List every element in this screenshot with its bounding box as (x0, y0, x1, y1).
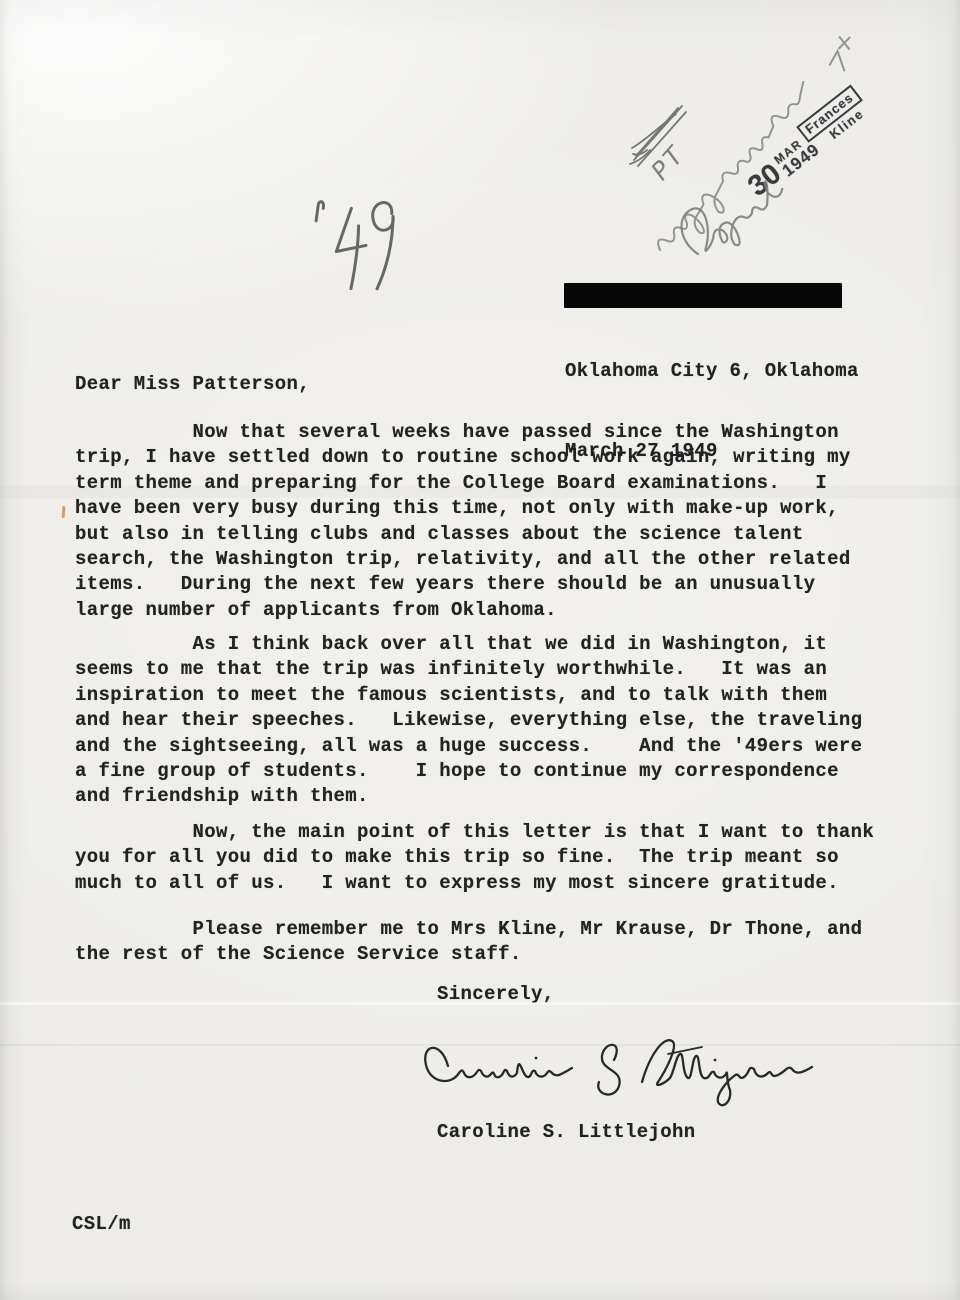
address-line: Oklahoma City 6, Oklahoma (565, 358, 859, 385)
year-49-pencil-note (302, 187, 414, 306)
copied-pencil-note (676, 172, 846, 287)
paper-fleck (62, 506, 66, 518)
paragraph-2: As I think back over all that we did in … (75, 632, 862, 810)
closing: Sincerely, (437, 982, 555, 1007)
paragraph-4: Please remember me to Mrs Kline, Mr Krau… (75, 917, 862, 968)
paragraph-1: Now that several weeks have passed since… (75, 420, 851, 623)
paragraph-3: Now, the main point of this letter is th… (75, 820, 874, 896)
typed-signature-name: Caroline S. Littlejohn (437, 1120, 696, 1145)
salutation: Dear Miss Patterson, (75, 372, 310, 397)
handwritten-signature (418, 1024, 818, 1128)
scanned-letter-page: PT 30 MAR 1949 Frances Kline (0, 0, 960, 1300)
reference-initials: CSL/m (72, 1212, 131, 1237)
